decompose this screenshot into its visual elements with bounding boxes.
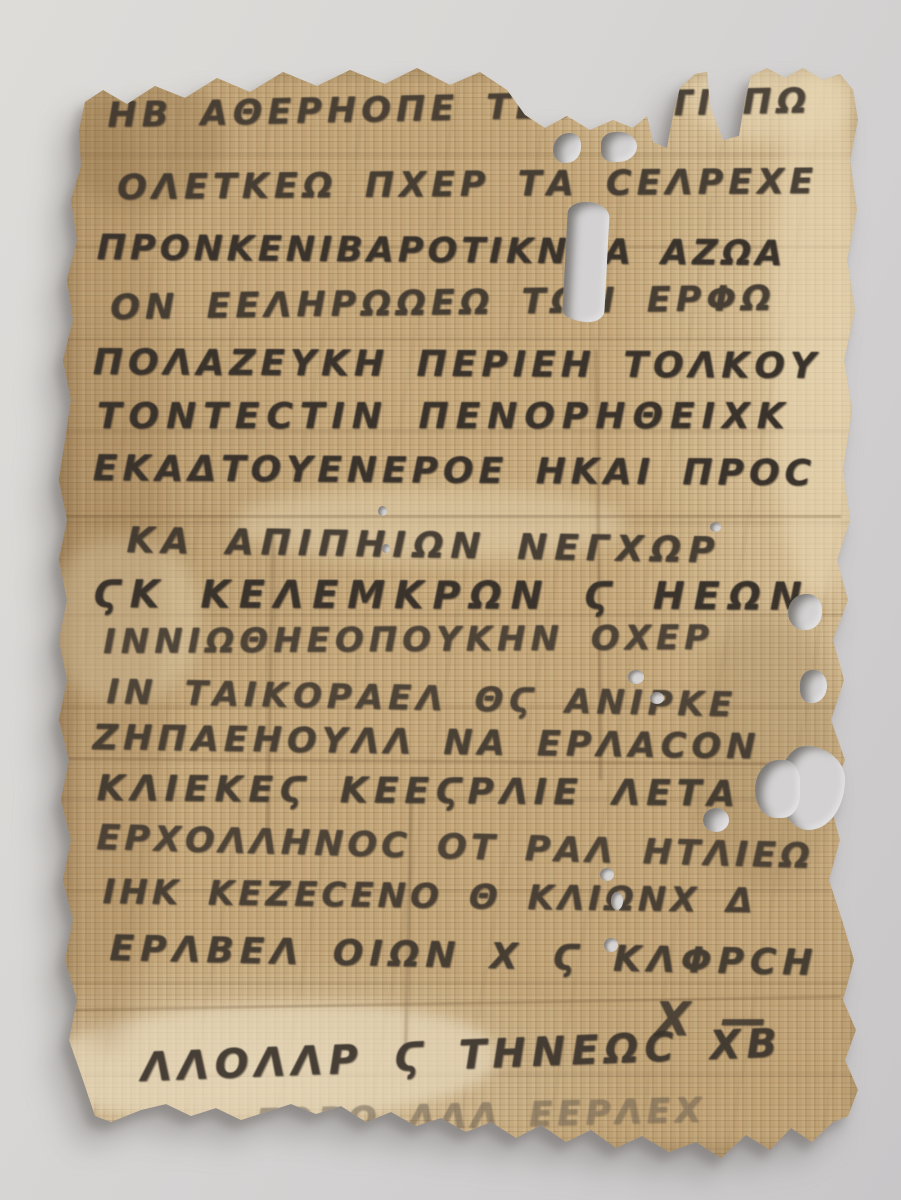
manuscript-line: ΕΚΑΔΤΟΥΕΝΕΡΟΕ ΗΚΑΙ ΠΡΟϹ <box>93 448 816 494</box>
manuscript-line: ΟΛΕΤΚΕΩ ΠΧΕΡ ΤΑ ϹΕΛΡΕΧΕ <box>117 162 818 208</box>
manuscript-line: ΙΗΚ ΚΕΖΕϹΕΝΟ Θ ΚΛΙΩΝΧ Δ <box>102 872 756 921</box>
tear-hole <box>562 201 610 323</box>
manuscript-line: ΕΡΛΒΕΛ ΟΙΩΝ Χ Ϛ ΚΛΦΡϹΗ <box>109 928 819 984</box>
tear-hole <box>788 594 822 630</box>
worm-hole <box>382 544 390 553</box>
worm-hole <box>600 868 614 881</box>
worm-hole <box>650 692 664 704</box>
manuscript-line: ϚΚ ΚΕΛΕΜΚΡΩΝ Ϛ ΗΕΩΝ <box>93 572 811 619</box>
worm-hole <box>628 670 644 684</box>
manuscript-line: ΚΛΙΕΚΕϚ ΚΕΕϚΡΛΙΕ ΛΕΤΑ <box>97 768 742 815</box>
manuscript-line: ΗΒ ΑΘΕΡΗΟΠΕ ΤΕϹΗ ΑΤΙ ΠΩ <box>107 81 812 136</box>
manuscript-text: ΗΒ ΑΘΕΡΗΟΠΕ ΤΕϹΗ ΑΤΙ ΠΩ ΟΛΕΤΚΕΩ ΠΧΕΡ ΤΑ … <box>55 60 865 1165</box>
tear-hole <box>703 808 729 832</box>
manuscript-line: ΛΛΟΛΛΡ Ϛ ΤΗΝΕΩϹ ΧΒ <box>140 1020 784 1091</box>
manuscript-line: ΟΝ ΕΕΛΗΡΩΩΕΩ ΤΩΝ ΕΡΦΩ <box>110 279 776 328</box>
tear-hole <box>755 760 800 818</box>
manuscript-line: ΤΟΝΤΕϹΤΙΝ ΠΕΝΟΡΗΘΕΙΧΚ <box>97 396 792 437</box>
worm-hole <box>378 506 387 516</box>
papyrus-sheet: ΗΒ ΑΘΕΡΗΟΠΕ ΤΕϹΗ ΑΤΙ ΠΩ ΟΛΕΤΚΕΩ ΠΧΕΡ ΤΑ … <box>55 60 865 1165</box>
worm-hole <box>611 892 623 910</box>
worm-hole <box>604 938 618 952</box>
photo-backdrop: ΗΒ ΑΘΕΡΗΟΠΕ ΤΕϹΗ ΑΤΙ ΠΩ ΟΛΕΤΚΕΩ ΠΧΕΡ ΤΑ … <box>0 0 901 1200</box>
manuscript-line: ΚΑ ΑΠΙΠΗΙΩΝ ΝΕΓΧΩΡ <box>126 520 722 571</box>
manuscript-line: ΠΡΟΝΚΕΝΙΒΑΡΟΤΙΚΝΝΑ ΑΖΩΑ <box>97 228 787 274</box>
manuscript-line: ΖΗΠΑΕΗΟΥΛΛ ΝΑ ΕΡΛΑϹΟΝ <box>92 718 760 767</box>
manuscript-line: ΠΟΛΑΖΕΥΚΗ ΠΕΡΙΕΗ ΤΟΛΚΟΥ <box>93 342 821 387</box>
manuscript-line: ΙΝΝΙΩΘΗΕΟΠΟΥΚΗΝ ΟΧΕΡ <box>103 618 714 662</box>
manuscript-line: ΕΟΡΩ ΛΛΛ ΕΕΡΛΕΧ <box>255 1090 707 1142</box>
worm-hole <box>710 522 721 532</box>
papyrus-fragment: ΗΒ ΑΘΕΡΗΟΠΕ ΤΕϹΗ ΑΤΙ ΠΩ ΟΛΕΤΚΕΩ ΠΧΕΡ ΤΑ … <box>55 60 865 1165</box>
